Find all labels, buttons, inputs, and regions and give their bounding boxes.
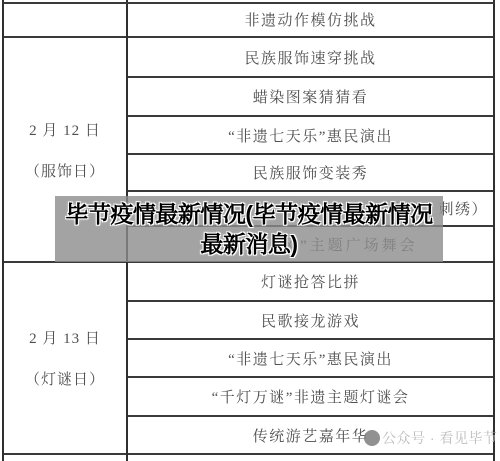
schedule-table-image: 2 月 12 日 （服饰日） 2 月 13 日 （灯谜日） 非遗动作模仿挑战 民… xyxy=(0,0,500,461)
table-row: “千灯万谜”非遗主题灯谜会 xyxy=(127,378,494,417)
table-right-border xyxy=(493,0,495,461)
table-top-border xyxy=(3,2,495,4)
headline-overlay: 毕节疫情最新情况(毕节疫情最新情况 最新消息) xyxy=(55,196,443,262)
date-label: 2 月 12 日 xyxy=(29,119,101,140)
table-row: “非遗七天乐”惠民演出 xyxy=(127,340,494,378)
watermark: 公众号 · 看见毕节 xyxy=(364,428,497,448)
date-label: 2 月 13 日 xyxy=(29,327,101,348)
table-row: 民族服饰变装秀 xyxy=(127,155,494,192)
table-row: 民族服饰速穿挑战 xyxy=(127,38,494,78)
headline-line1: 毕节疫情最新情况(毕节疫情最新情况 xyxy=(65,199,432,229)
table-row: 灯谜抢答比拼 xyxy=(127,263,494,302)
table-row: 非遗动作模仿挑战 xyxy=(127,2,494,38)
table-row: “非遗七天乐”惠民演出 xyxy=(127,117,494,155)
date-sublabel: （灯谜日） xyxy=(25,368,105,389)
headline-line2: 最新消息) xyxy=(200,229,297,259)
table-left-border xyxy=(2,0,4,461)
table-row: 蜡染图案猜猜看 xyxy=(127,78,494,117)
date-cell-empty xyxy=(3,2,127,38)
watermark-logo-icon xyxy=(364,430,380,446)
date-sublabel: （服饰日） xyxy=(25,160,105,181)
watermark-label: 公众号 · 看见毕节 xyxy=(382,428,497,448)
date-cell-feb13: 2 月 13 日 （灯谜日） xyxy=(3,263,127,455)
table-row: 民歌接龙游戏 xyxy=(127,302,494,340)
